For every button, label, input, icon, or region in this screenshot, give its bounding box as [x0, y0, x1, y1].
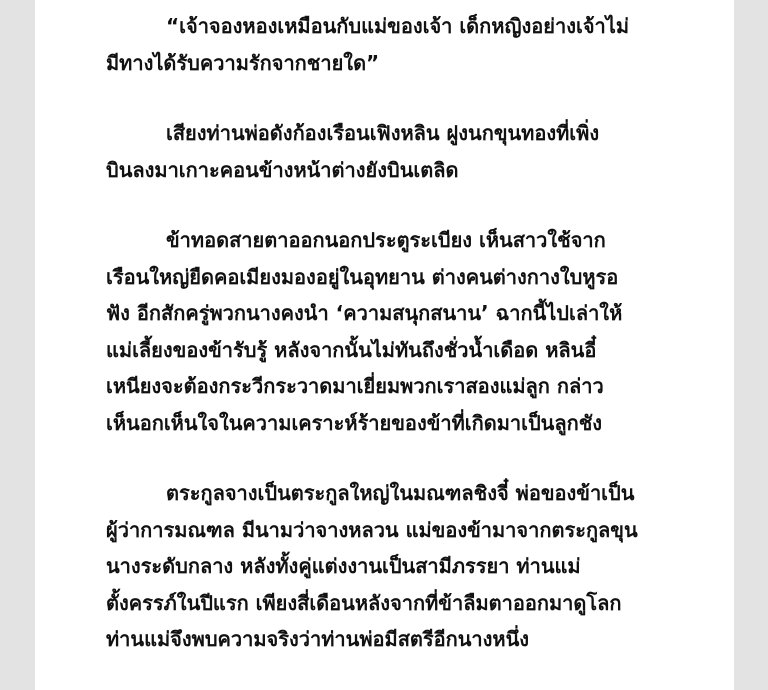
paragraph-2: เสียงท่านพ่อดังก้องเรือนเฟิงหลิน ฝูงนกขุ…	[106, 115, 661, 188]
text-line: ตระกูลจางเป็นตระกูลใหญ่ในมณฑลชิงจี๋ พ่อข…	[106, 475, 661, 512]
text-line: นางระดับกลาง หลังทั้งคู่แต่งงานเป็นสามีภ…	[106, 548, 661, 585]
text-line: บินลงมาเกาะคอนข้างหน้าต่างยังบินเตลิด	[106, 152, 661, 189]
paragraph-4: ตระกูลจางเป็นตระกูลใหญ่ในมณฑลชิงจี๋ พ่อข…	[106, 475, 661, 658]
text-line: เรือนใหญ่ยืดคอเมียงมองอยู่ในอุทยาน ต่างค…	[106, 259, 661, 296]
paragraph-1: “เจ้าจองหองเหมือนกับแม่ของเจ้า เด็กหญิงอ…	[106, 8, 661, 81]
paragraph-3: ข้าทอดสายตาออกนอกประตูระเบียง เห็นสาวใช้…	[106, 222, 661, 441]
text-line: “เจ้าจองหองเหมือนกับแม่ของเจ้า เด็กหญิงอ…	[106, 8, 661, 45]
text-line: ข้าทอดสายตาออกนอกประตูระเบียง เห็นสาวใช้…	[106, 222, 661, 259]
text-line: มีทางได้รับความรักจากชายใด”	[106, 45, 661, 82]
text-line: เหนียงจะต้องกระวีกระวาดมาเยี่ยมพวกเราสอง…	[106, 368, 661, 405]
document-page: “เจ้าจองหองเหมือนกับแม่ของเจ้า เด็กหญิงอ…	[35, 0, 734, 690]
text-line: เสียงท่านพ่อดังก้องเรือนเฟิงหลิน ฝูงนกขุ…	[106, 115, 661, 152]
text-line: ฟัง อีกสักครู่พวกนางคงนำ ‘ความสนุกสนาน’ …	[106, 295, 661, 332]
document-body: “เจ้าจองหองเหมือนกับแม่ของเจ้า เด็กหญิงอ…	[106, 8, 661, 690]
text-line: ท่านแม่จึงพบความจริงว่าท่านพ่อมีสตรีอีกน…	[106, 621, 661, 658]
text-line: เห็นอกเห็นใจในความเคราะห์ร้ายของข้าที่เก…	[106, 405, 661, 442]
text-line: แม่เลี้ยงของข้ารับรู้ หลังจากนั้นไม่ทันถ…	[106, 332, 661, 369]
text-line: ผู้ว่าการมณฑล มีนามว่าจางหลวน แม่ของข้าม…	[106, 512, 661, 549]
text-line: ตั้งครรภ์ในปีแรก เพียงสี่เดือนหลังจากที่…	[106, 585, 661, 622]
